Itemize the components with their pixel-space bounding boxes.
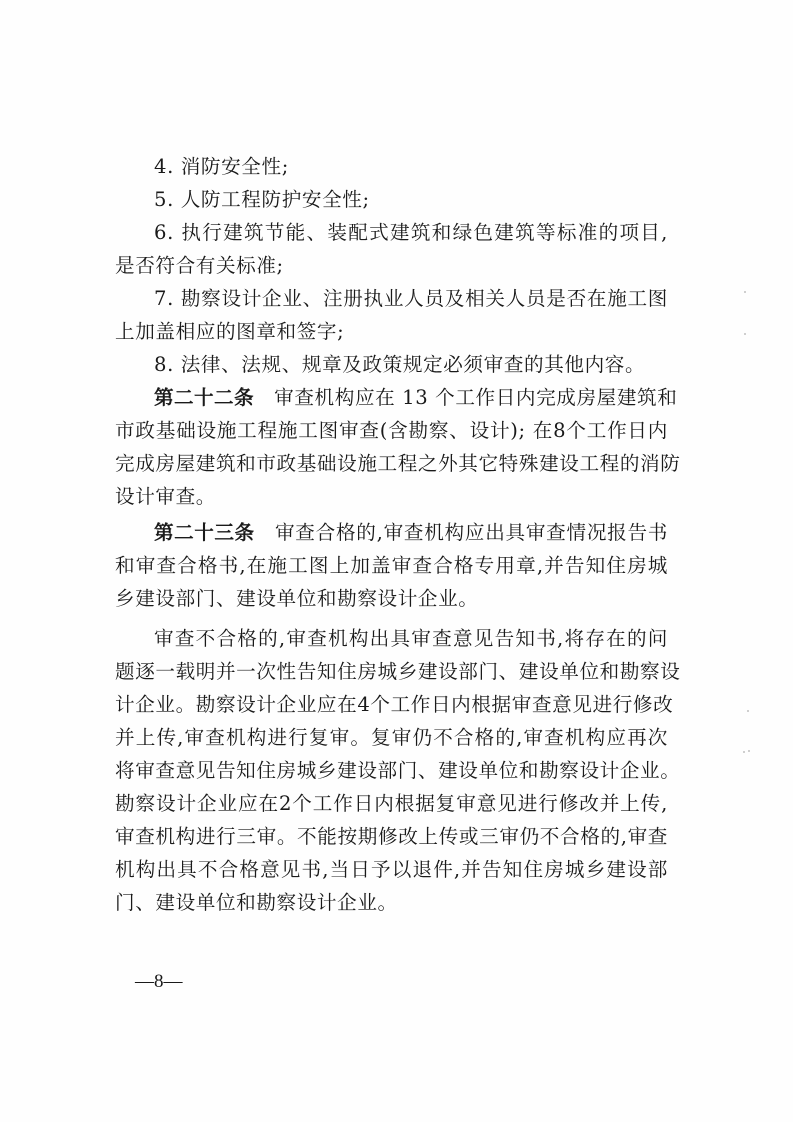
scan-speck <box>748 750 750 752</box>
text-line: 乡建设部门、建设单位和勘察设计企业。 <box>115 582 479 615</box>
text-line: 题逐一载明并一次性告知住房城乡建设部门、建设单位和勘察设 <box>115 655 668 688</box>
text-line: 并上传,审查机构进行复审。复审仍不合格的,审查机构应再次 <box>115 721 668 754</box>
scan-speck <box>747 710 749 712</box>
line-text: 机构出具不合格意见书,当日予以退件,并告知住房城乡建设部 <box>115 858 668 881</box>
line-text: 是否符合有关标准; <box>115 254 284 277</box>
line-text: 5. 人防工程防护安全性; <box>154 188 370 211</box>
line-text: 市政基础设施工程施工图审查(含勘察、设计); 在8个工作日内 <box>115 419 668 442</box>
line-text: 将审查意见告知住房城乡建设部门、建设单位和勘察设计企业。 <box>115 759 680 782</box>
line-text: 并上传,审查机构进行复审。复审仍不合格的,审查机构应再次 <box>115 726 668 749</box>
text-line: 计企业。勘察设计企业应在4个工作日内根据审查意见进行修改 <box>115 688 668 721</box>
heading-gap <box>255 521 275 544</box>
text-line: 机构出具不合格意见书,当日予以退件,并告知住房城乡建设部 <box>115 853 668 886</box>
line-text: 4. 消防安全性; <box>154 155 289 178</box>
line-text: 6. 执行建筑节能、装配式建筑和绿色建筑等标准的项目, <box>154 221 668 244</box>
line-text: 题逐一载明并一次性告知住房城乡建设部门、建设单位和勘察设 <box>115 660 680 683</box>
line-text: 7. 勘察设计企业、注册执业人员及相关人员是否在施工图 <box>154 287 668 310</box>
article-heading: 第二十三条 <box>154 521 255 544</box>
text-line: 6. 执行建筑节能、装配式建筑和绿色建筑等标准的项目, <box>154 216 668 249</box>
line-text: 设计审查。 <box>115 485 216 508</box>
text-line: 完成房屋建筑和市政基础设施工程之外其它特殊建设工程的消防 <box>115 447 668 480</box>
line-text: 和审查合格书,在施工图上加盖审查合格专用章,并告知住房城 <box>115 554 668 577</box>
line-text: 计企业。勘察设计企业应在4个工作日内根据审查意见进行修改 <box>115 693 673 716</box>
scan-speck <box>744 333 746 335</box>
line-text: 门、建设单位和勘察设计企业。 <box>115 891 398 914</box>
text-line: 7. 勘察设计企业、注册执业人员及相关人员是否在施工图 <box>154 282 668 315</box>
text-line: 设计审查。 <box>115 480 216 513</box>
line-text: 完成房屋建筑和市政基础设施工程之外其它特殊建设工程的消防 <box>115 452 680 475</box>
text-line: 门、建设单位和勘察设计企业。 <box>115 886 398 919</box>
article-heading: 第二十二条 <box>154 386 254 409</box>
text-line: 5. 人防工程防护安全性; <box>154 183 370 216</box>
document-page: 4. 消防安全性;5. 人防工程防护安全性;6. 执行建筑节能、装配式建筑和绿色… <box>0 0 793 1122</box>
line-text: 8. 法律、法规、规章及政策规定必须审查的其他内容。 <box>154 353 645 376</box>
line-text: 审查机构进行三审。不能按期修改上传或三审仍不合格的,审查 <box>115 825 668 848</box>
article-line: 第二十三条 审查合格的,审查机构应出具审查情况报告书 <box>154 516 668 549</box>
text-line: 将审查意见告知住房城乡建设部门、建设单位和勘察设计企业。 <box>115 754 668 787</box>
page-number: —8— <box>135 970 183 994</box>
line-text: 上加盖相应的图章和签字; <box>115 320 344 343</box>
text-line: 是否符合有关标准; <box>115 249 284 282</box>
text-line: 审查不合格的,审查机构出具审查意见告知书,将存在的问 <box>154 622 668 655</box>
text-line: 勘察设计企业应在2个工作日内根据复审意见进行修改并上传, <box>115 787 668 820</box>
scan-speck <box>744 291 746 293</box>
line-text: 乡建设部门、建设单位和勘察设计企业。 <box>115 587 479 610</box>
text-line: 审查机构进行三审。不能按期修改上传或三审仍不合格的,审查 <box>115 820 668 853</box>
text-line: 8. 法律、法规、规章及政策规定必须审查的其他内容。 <box>154 348 645 381</box>
scan-speck <box>743 751 745 753</box>
text-line: 4. 消防安全性; <box>154 150 289 183</box>
line-text: 审查不合格的,审查机构出具审查意见告知书,将存在的问 <box>154 627 668 650</box>
text-line: 和审查合格书,在施工图上加盖审查合格专用章,并告知住房城 <box>115 549 668 582</box>
article-line: 第二十二条 审查机构应在 13 个工作日内完成房屋建筑和 <box>154 381 668 414</box>
text-line: 上加盖相应的图章和签字; <box>115 315 344 348</box>
line-text: 审查机构应在 13 个工作日内完成房屋建筑和 <box>274 386 677 409</box>
line-text: 审查合格的,审查机构应出具审查情况报告书 <box>275 521 668 544</box>
text-line: 市政基础设施工程施工图审查(含勘察、设计); 在8个工作日内 <box>115 414 668 447</box>
line-text: 勘察设计企业应在2个工作日内根据复审意见进行修改并上传, <box>115 792 668 815</box>
heading-gap <box>254 386 274 409</box>
